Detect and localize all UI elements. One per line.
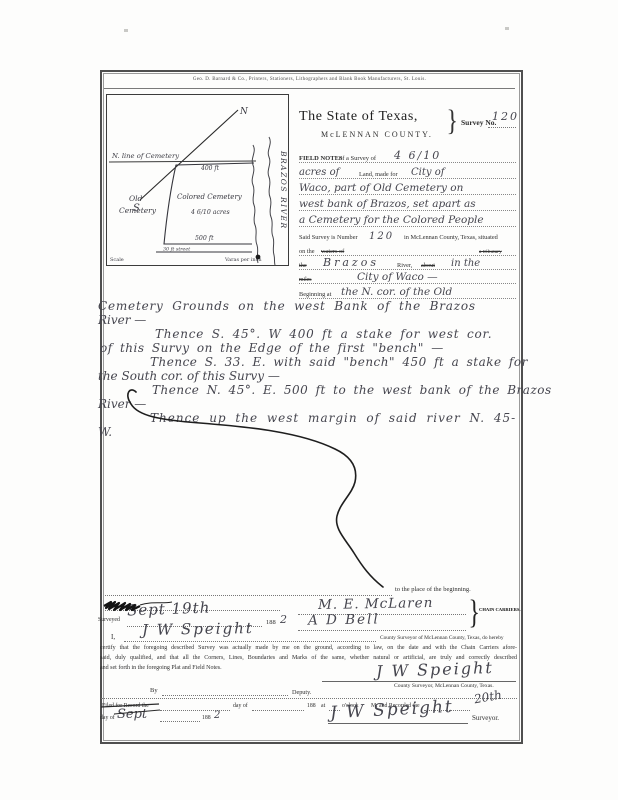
- form-row-bank: west bank of Brazos, set apart as: [299, 194, 516, 211]
- form-row-beginning: Beginning at the N. cor. of the Old: [299, 283, 516, 299]
- form-row-river: the Brazos River, about in the: [299, 255, 516, 270]
- deputy-label: Deputy.: [292, 689, 311, 696]
- river-east-bank: [268, 137, 275, 265]
- state-title: The State of Texas,: [299, 109, 418, 125]
- form-row-city: miles City of Waco —: [299, 269, 516, 284]
- waters-of-struck: waters of: [321, 248, 344, 255]
- note-line: River —: [98, 313, 146, 327]
- survey-no-value: 120: [492, 110, 519, 123]
- said-survey-prefix: Said Survey is Number: [299, 234, 358, 241]
- parcel-label: Colored Cemetery: [177, 193, 243, 201]
- river-word: River,: [397, 262, 412, 269]
- chain-carrier-signature-2: A D Bell: [308, 611, 380, 628]
- note-line: W.: [98, 425, 112, 439]
- certification-intro: County Surveyor of McLennan County, Texa…: [380, 635, 504, 641]
- street-label: 30 ft street: [163, 247, 190, 253]
- south-line-length: 500 ft: [195, 235, 214, 242]
- made-for-line4: a Cemetery for the Colored People: [299, 214, 484, 226]
- chain-carriers-brace: }: [468, 594, 479, 632]
- survey-no-line: [488, 126, 516, 128]
- cemetery-north-line: [109, 161, 256, 162]
- field-notes-label: of a Survey of: [339, 155, 376, 162]
- day-of-label-2: day of: [100, 715, 115, 721]
- note-line: of this Survy on the Edge of the first "…: [100, 341, 444, 355]
- plat-map: N S N. line of Cemetery 400 ft Old Cemet…: [106, 94, 289, 266]
- note-line: River —: [98, 397, 146, 411]
- north-line-length: 400 ft: [200, 165, 220, 172]
- scanned-survey-document: Geo. D. Barnard & Co., Printers, Station…: [0, 0, 618, 800]
- ink-blot: [256, 255, 261, 260]
- note-line: Thence S. 33. E. with said "bench" 450 f…: [150, 355, 528, 369]
- form-row-waco: Waco, part of Old Cemetery on: [299, 178, 516, 195]
- certification-body-3: and set forth in the foregoing Plat and …: [100, 665, 222, 671]
- county-surveyor-signature-line: [322, 680, 516, 682]
- certification-body-1: certify that the foregoing described Sur…: [100, 645, 517, 651]
- at-label: at: [321, 703, 325, 709]
- in-the-value: in the: [451, 258, 480, 269]
- surveyed-label: Surveyed: [98, 617, 120, 623]
- form-row-said-survey: Said Survey is Number 120 in McLennan Co…: [299, 227, 516, 241]
- header-brace: }: [446, 104, 458, 138]
- printer-imprint: Geo. D. Barnard & Co., Printers, Station…: [104, 77, 515, 82]
- made-for-value: City of: [411, 167, 444, 178]
- field-notes-label-bold: FIELD NOTES: [299, 155, 343, 162]
- chain-carrier-line-2: [298, 629, 466, 631]
- river-name-value: Brazos: [323, 256, 379, 269]
- form-row-colored: a Cemetery for the Colored People: [299, 210, 516, 227]
- chain-carrier-signature-1: M. E. McLaren: [318, 595, 434, 613]
- made-for-line3: west bank of Brazos, set apart as: [299, 198, 476, 210]
- form-row-made-for: acres of Land, made for City of: [299, 162, 516, 179]
- imprint-rule: [104, 88, 515, 89]
- record-month-value: Sept: [117, 707, 147, 722]
- record-year-printed: 188: [307, 703, 316, 709]
- made-for-line2: Waco, part of Old Cemetery on: [299, 182, 463, 194]
- beginning-value: the N. cor. of the Old: [341, 286, 452, 298]
- by-label: By: [150, 687, 158, 694]
- deputy-line: [162, 694, 288, 696]
- surveyed-date: Sept 19th: [127, 599, 211, 620]
- old-cemetery-label-2: Cemetery: [119, 206, 157, 215]
- i-label: I,: [111, 633, 115, 641]
- chain-carriers-label: CHAIN CARRIERS.: [479, 607, 521, 612]
- city-of-waco-value: City of Waco —: [357, 271, 438, 283]
- scale-label: Scale: [110, 257, 124, 263]
- note-line: Cemetery Grounds on the west Bank of the…: [98, 299, 476, 313]
- acreage-value: 4 6/10: [394, 149, 441, 162]
- the-struck: the: [299, 262, 307, 269]
- north-label: N: [239, 107, 249, 117]
- acres-of-value: acres of: [299, 167, 339, 178]
- registration-mark: [124, 29, 128, 32]
- record-line-5: [160, 720, 200, 722]
- on-the-label: on the: [299, 248, 315, 255]
- beginning-at-label: Beginning at: [299, 291, 331, 298]
- north-line-label: N. line of Cemetery: [111, 152, 179, 160]
- parcel-area: 4 6/10 acres: [190, 209, 230, 216]
- record-year-digit-2: 2: [214, 710, 220, 721]
- parcel-boundary: [164, 163, 254, 244]
- note-line: Thence S. 45°. W 400 ft a stake for west…: [155, 327, 492, 341]
- river-label: BRAZOS RIVER: [279, 150, 288, 230]
- day-of-label: day of: [233, 703, 248, 709]
- land-made-for-label: Land, made for: [359, 171, 398, 178]
- old-cemetery-label-1: Old: [129, 194, 143, 203]
- county-title: McLENNAN COUNTY.: [321, 130, 433, 139]
- form-row-acreage: FIELD NOTES of a Survey of 4 6/10: [299, 146, 516, 163]
- closing-text: to the place of the beginning.: [395, 586, 471, 593]
- record-rule: [101, 697, 517, 699]
- year-digit: 2: [280, 613, 287, 626]
- note-line: Thence up the west margin of said river …: [150, 411, 516, 425]
- filed-line-2: [252, 709, 304, 711]
- recording-signature-line: [328, 722, 468, 724]
- surveyor-name-fill: J W Speight: [142, 619, 254, 639]
- year-printed: 188: [266, 619, 276, 626]
- form-row-waters: on the waters of a tributary: [299, 241, 516, 256]
- note-line: the South cor. of this Survy —: [98, 369, 280, 383]
- registration-mark: [505, 27, 509, 30]
- said-survey-suffix: in McLennan County, Texas, situated: [404, 234, 498, 241]
- record-year-printed-2: 188: [202, 715, 211, 721]
- county-surveyor-title: County Surveyor, McLennan County, Texas.: [394, 683, 494, 689]
- surveyor-label: Surveyor.: [472, 714, 499, 722]
- about-struck: about: [421, 262, 435, 269]
- plat-map-drawing: N S N. line of Cemetery 400 ft Old Cemet…: [107, 95, 288, 265]
- surveyor-name-line: [124, 640, 376, 642]
- note-line: Thence N. 45°. E. 500 ft to the west ban…: [152, 383, 552, 397]
